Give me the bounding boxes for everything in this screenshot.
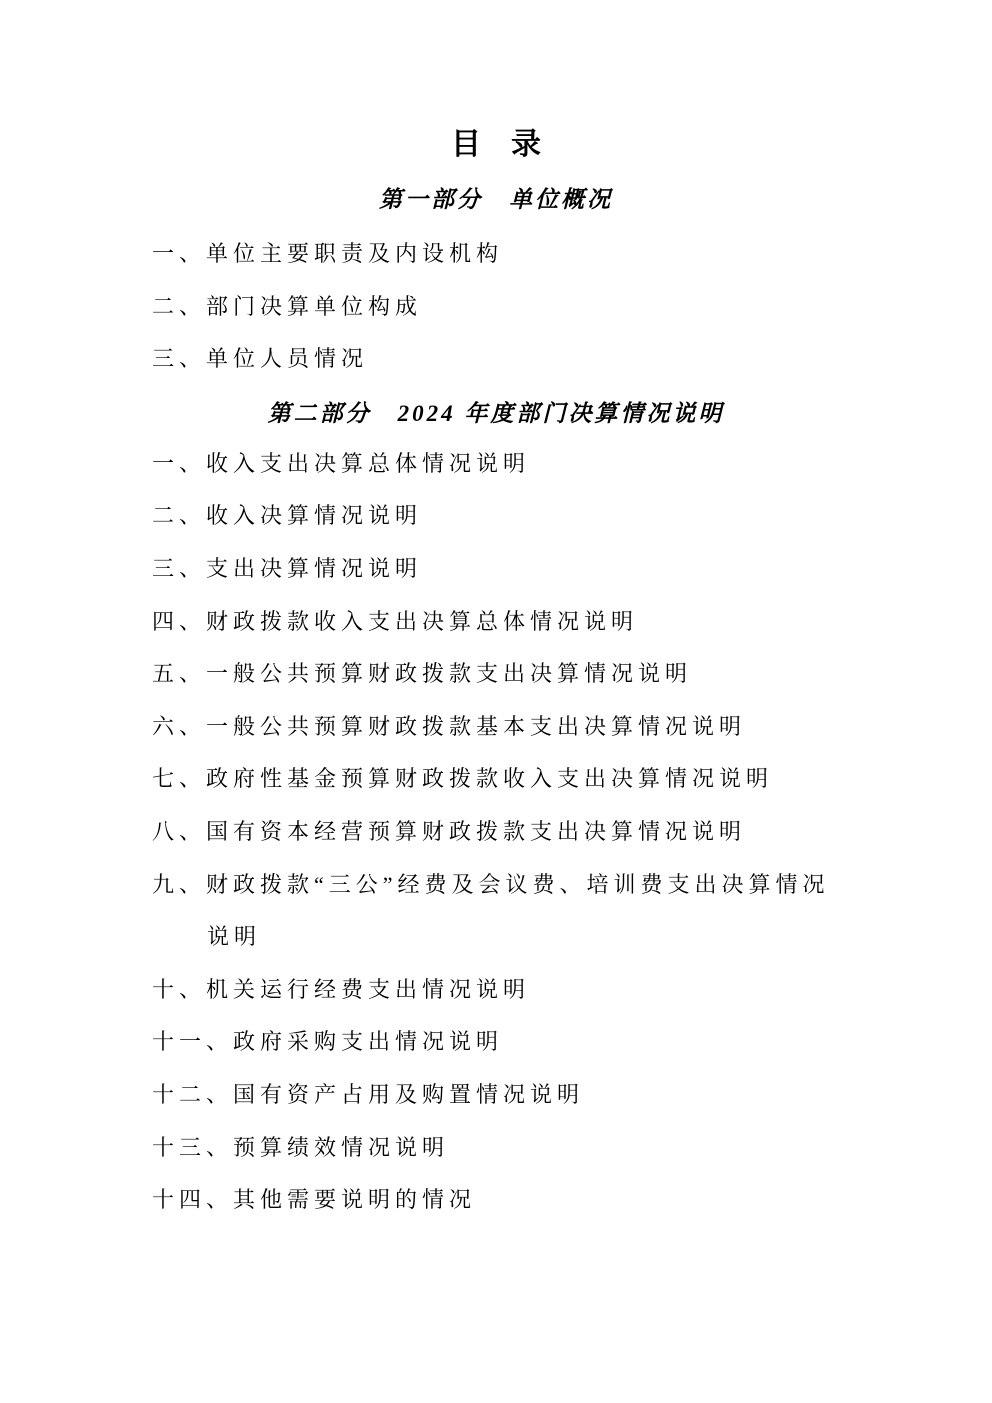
toc-item: 二、收入决算情况说明 bbox=[152, 490, 840, 543]
toc-item: 七、政府性基金预算财政拨款收入支出决算情况说明 bbox=[152, 753, 840, 806]
part-2-heading: 第二部分 2024 年度部门决算情况说明 bbox=[152, 397, 840, 431]
toc-item: 九、财政拨款“三公”经费及会议费、培训费支出决算情况 说明 bbox=[152, 859, 840, 964]
toc-item: 十、机关运行经费支出情况说明 bbox=[152, 964, 840, 1017]
toc-item: 十一、政府采购支出情况说明 bbox=[152, 1016, 840, 1069]
part-2-item-list: 一、收入支出决算总体情况说明 二、收入决算情况说明 三、支出决算情况说明 四、财… bbox=[152, 438, 840, 1227]
toc-item: 十四、其他需要说明的情况 bbox=[152, 1174, 840, 1227]
part-1-item-list: 一、单位主要职责及内设机构 二、部门决算单位构成 三、单位人员情况 bbox=[152, 228, 840, 386]
toc-item: 二、部门决算单位构成 bbox=[152, 281, 840, 334]
document-page: 目 录 第一部分 单位概况 一、单位主要职责及内设机构 二、部门决算单位构成 三… bbox=[0, 0, 992, 1403]
toc-item: 一、收入支出决算总体情况说明 bbox=[152, 438, 840, 491]
toc-item: 五、一般公共预算财政拨款支出决算情况说明 bbox=[152, 648, 840, 701]
toc-item: 三、支出决算情况说明 bbox=[152, 543, 840, 596]
toc-item: 一、单位主要职责及内设机构 bbox=[152, 228, 840, 281]
toc-item: 十三、预算绩效情况说明 bbox=[152, 1122, 840, 1175]
toc-title: 目 录 bbox=[152, 126, 840, 164]
toc-item: 三、单位人员情况 bbox=[152, 333, 840, 386]
table-of-contents: 目 录 第一部分 单位概况 一、单位主要职责及内设机构 二、部门决算单位构成 三… bbox=[152, 0, 840, 1227]
part-1-heading: 第一部分 单位概况 bbox=[152, 183, 840, 217]
toc-item: 四、财政拨款收入支出决算总体情况说明 bbox=[152, 596, 840, 649]
toc-item: 八、国有资本经营预算财政拨款支出决算情况说明 bbox=[152, 806, 840, 859]
toc-item: 十二、国有资产占用及购置情况说明 bbox=[152, 1069, 840, 1122]
toc-item: 六、一般公共预算财政拨款基本支出决算情况说明 bbox=[152, 701, 840, 754]
